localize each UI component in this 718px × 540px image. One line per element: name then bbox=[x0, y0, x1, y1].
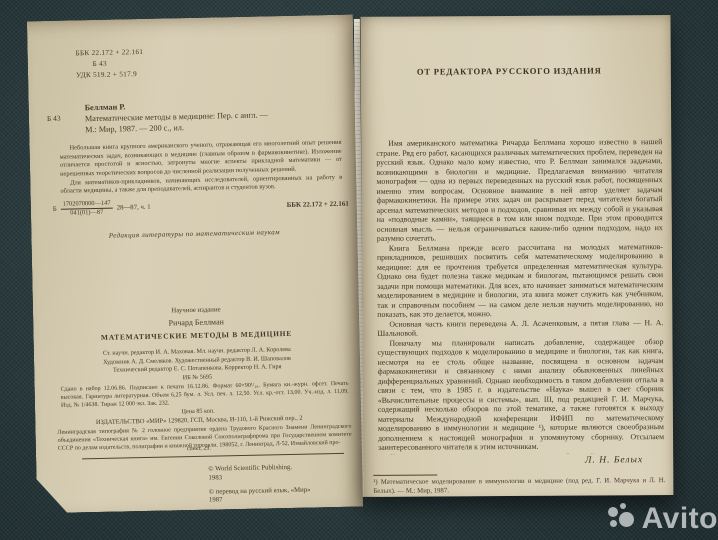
copyright-translation: © перевод на русский язык, «Мир» 1987 bbox=[209, 485, 359, 506]
left-page-imprint: ББК 22.172 + 22.161 Б 43 УДК 519.2 + 517… bbox=[27, 15, 363, 514]
watermark-label: Avito bbox=[642, 502, 718, 536]
divider-rule bbox=[82, 453, 344, 459]
catalog-index-line: Б 1702070000—147 041(01)—87 28—87, ч. 1 … bbox=[53, 195, 349, 218]
copyright-block: © World Scientific Publishing. 1983 © пе… bbox=[208, 463, 359, 511]
author-title-block: Б 43 Беллман Р. Математические методы в … bbox=[45, 97, 346, 136]
catalog-letter-code: Б 43 bbox=[47, 114, 61, 124]
series-editorial-note: Редакция литературы по математическим на… bbox=[31, 227, 357, 242]
catalog-fraction: 1702070000—147 041(01)—87 bbox=[61, 200, 113, 218]
footnote-text: ¹) Математическое моделирование в иммуно… bbox=[373, 477, 665, 496]
footnote-block: ¹) Математическое моделирование в иммуно… bbox=[373, 473, 665, 496]
preface-heading: ОТ РЕДАКТОРА РУССКОГО ИЗДАНИЯ bbox=[417, 65, 602, 76]
edition-block: Научное издание Ричард Беллман МАТЕМАТИЧ… bbox=[33, 302, 360, 344]
preface-paragraph: Имя американского математика Ричарда Бел… bbox=[376, 137, 663, 243]
bbk-udk-codes: ББК 22.172 + 22.161 Б 43 УДК 519.2 + 517… bbox=[75, 47, 143, 82]
right-page-preface: ОТ РЕДАКТОРА РУССКОГО ИЗДАНИЯ Имя америк… bbox=[360, 15, 673, 497]
bbk-code-right: ББК 22.172 + 22.161 bbox=[287, 199, 349, 208]
avito-logo-icon bbox=[608, 503, 638, 535]
copyright-original: © World Scientific Publishing. 1983 bbox=[208, 463, 358, 484]
preface-paragraph: Основная часть книги переведена А. Л. Ас… bbox=[377, 318, 663, 339]
annotation-paragraph-1: Небольшая книга крупного американского у… bbox=[59, 139, 342, 179]
preface-body: Имя американского математика Ричарда Бел… bbox=[376, 137, 664, 455]
editor-signature: Л. Н. Белых bbox=[363, 455, 643, 467]
footnote-rule bbox=[373, 474, 437, 475]
preface-paragraph: Поначалу мы планировали написать добавле… bbox=[377, 337, 664, 453]
catalog-suffix: 28—87, ч. 1 bbox=[117, 204, 151, 212]
avito-watermark: Avito bbox=[608, 502, 718, 536]
annotation-block: Небольшая книга крупного американского у… bbox=[59, 139, 342, 197]
preface-paragraph: Книга Беллмана прежде всего рассчитана н… bbox=[377, 242, 663, 320]
book-title-line: Математические методы в медицине: Пер. с… bbox=[85, 108, 345, 136]
catalog-denominator: 041(01)—87 bbox=[70, 209, 103, 217]
photo-open-book: { "colors": { "background_fabric": "#2b3… bbox=[0, 0, 718, 540]
open-book: ББК 22.172 + 22.161 Б 43 УДК 519.2 + 517… bbox=[23, 2, 681, 522]
catalog-letter: Б bbox=[53, 206, 57, 213]
